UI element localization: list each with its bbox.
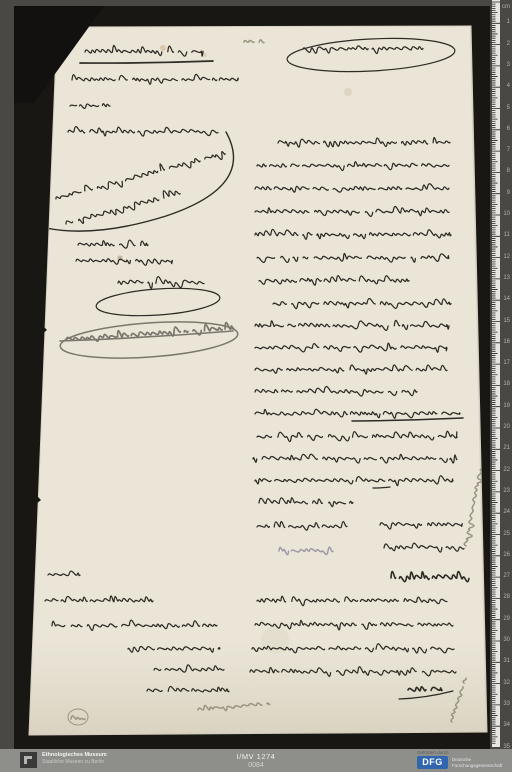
ruler-number: 28 bbox=[499, 594, 510, 601]
ruler-scale-strip bbox=[492, 0, 500, 747]
ruler-number: 14 bbox=[499, 296, 510, 303]
measurement-ruler: cm 1234567891011121314151617181920212223… bbox=[490, 0, 512, 750]
ruler-number: 29 bbox=[499, 616, 510, 623]
ruler-number: 21 bbox=[499, 445, 510, 452]
paper-stain bbox=[203, 53, 207, 57]
ruler-number: 25 bbox=[499, 531, 510, 538]
document-scan-svg bbox=[0, 0, 512, 772]
ruler-number: 2 bbox=[499, 41, 510, 48]
ruler-number: 16 bbox=[499, 339, 510, 346]
ruler-number: 4 bbox=[499, 83, 510, 90]
ruler-number: 18 bbox=[499, 381, 510, 388]
ruler-number: 6 bbox=[499, 126, 510, 133]
ruler-number: 11 bbox=[499, 232, 510, 239]
ruler-number: 23 bbox=[499, 488, 510, 495]
ruler-ticks bbox=[492, 2, 500, 743]
ruler-number: 33 bbox=[499, 701, 510, 708]
ruler-number: 17 bbox=[499, 360, 510, 367]
ruler-number: 19 bbox=[499, 403, 510, 410]
ruler-unit-label: cm bbox=[498, 4, 510, 10]
dfg-name-line2: Forschungsgemeinschaft bbox=[452, 763, 502, 769]
paper-stain bbox=[344, 88, 352, 96]
ruler-number: 8 bbox=[499, 168, 510, 175]
ruler-number: 5 bbox=[499, 105, 510, 112]
ruler-number: 10 bbox=[499, 211, 510, 218]
ruler-number: 20 bbox=[499, 424, 510, 431]
archive-scan: cm 1234567891011121314151617181920212223… bbox=[0, 0, 512, 772]
ruler-number: 1 bbox=[499, 19, 510, 26]
ruler-number: 13 bbox=[499, 275, 510, 282]
ruler-number: 27 bbox=[499, 573, 510, 580]
funding-note: Gefördert durch bbox=[417, 750, 449, 755]
ruler-number: 3 bbox=[499, 62, 510, 69]
dfg-logo: DFG bbox=[417, 756, 448, 769]
ruler-number: 24 bbox=[499, 509, 510, 516]
footer-bar: Ethnologisches Museum Staatliche Museen … bbox=[0, 749, 512, 772]
ruler-number: 12 bbox=[499, 254, 510, 261]
paper-stain bbox=[160, 45, 166, 51]
dfg-name: Deutsche Forschungsgemeinschaft bbox=[452, 757, 502, 768]
ruler-number: 34 bbox=[499, 722, 510, 729]
ruler-number: 26 bbox=[499, 552, 510, 559]
ruler-number: 31 bbox=[499, 658, 510, 665]
ruler-number: 15 bbox=[499, 318, 510, 325]
ruler-number: 9 bbox=[499, 190, 510, 197]
ruler-number: 22 bbox=[499, 467, 510, 474]
ruler-number: 32 bbox=[499, 680, 510, 687]
ruler-number: 7 bbox=[499, 147, 510, 154]
ruler-number: 30 bbox=[499, 637, 510, 644]
